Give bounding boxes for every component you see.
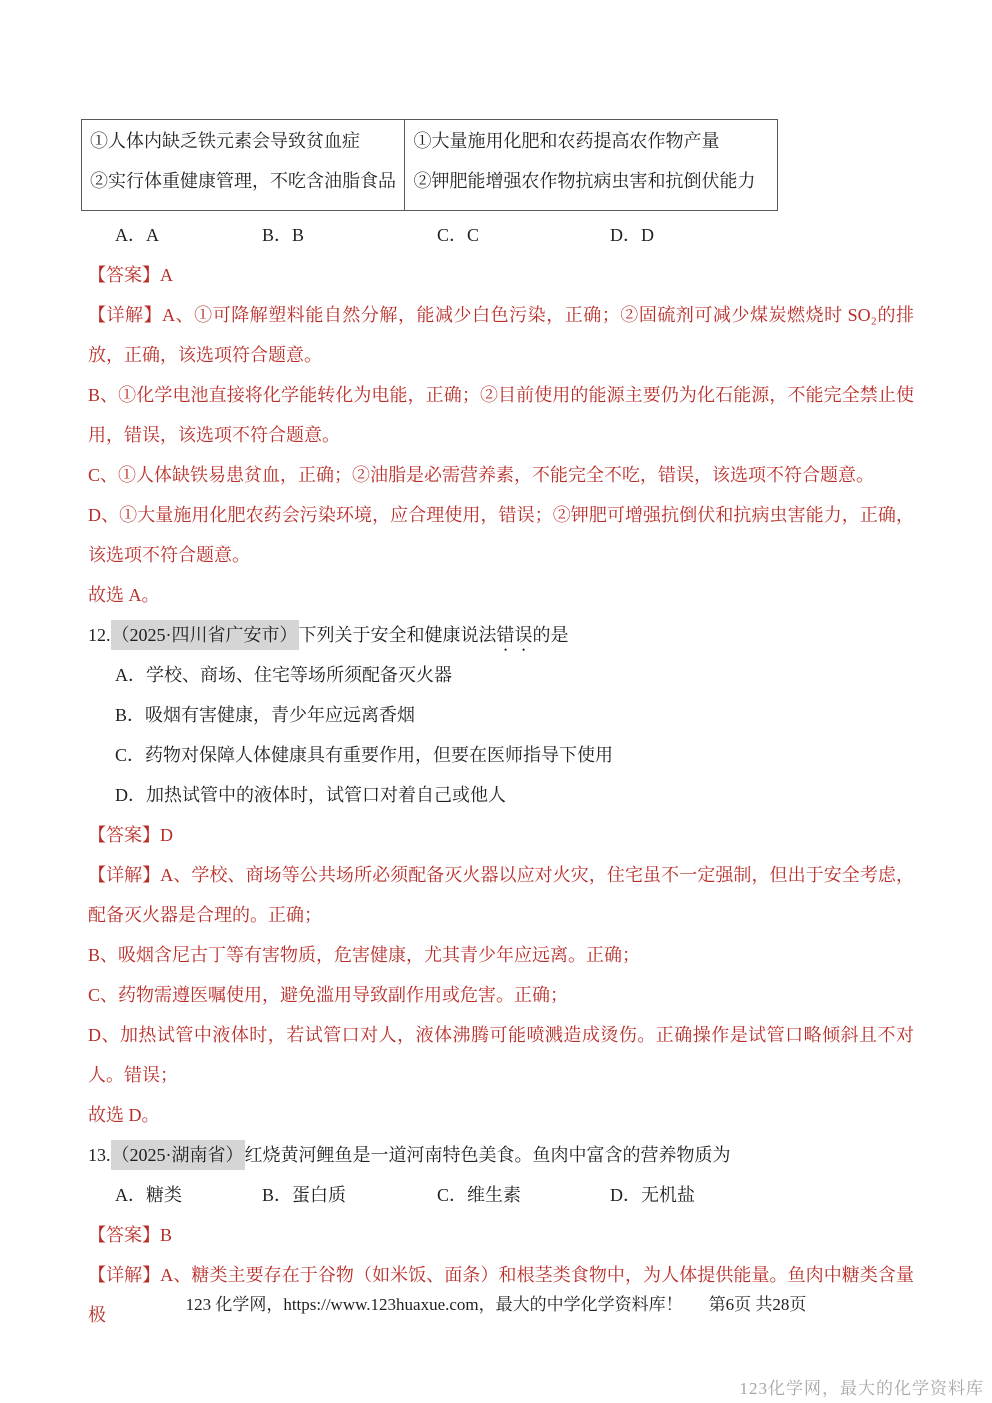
q12-number: 12. (88, 625, 111, 645)
q11-option-c: C．C (437, 215, 479, 255)
q13-option-b: B．蛋白质 (262, 1175, 346, 1215)
q13-answer: 【答案】B (88, 1215, 914, 1255)
q12-detail-paragraph: B、吸烟含尼古丁等有害物质，危害健康，尤其青少年应远离。正确； (88, 935, 914, 975)
statement-line: ②钾肥能增强农作物抗病虫害和抗倒伏能力 (413, 161, 769, 201)
q11-detail-paragraph: D、①大量施用化肥农药会污染环境，应合理使用，错误；②钾肥可增强抗倒伏和抗病虫害… (88, 495, 914, 575)
q11-option-a: A．A (115, 215, 159, 255)
q12-stem-post: 的是 (533, 625, 569, 645)
q12-stem: 12.（2025·四川省广安市）下列关于安全和健康说法错误的是 (88, 615, 914, 655)
page-footer: 123 化学网，https://www.123huaxue.com，最大的中学化… (0, 1292, 992, 1318)
q13-option-a: A．糖类 (115, 1175, 182, 1215)
q12-stem-emphasized: 错误 (497, 625, 533, 645)
q13-option-d: D．无机盐 (610, 1175, 695, 1215)
q12-detail-paragraph: 【详解】A、学校、商场等公共场所必须配备灭火器以应对火灾，住宅虽不一定强制，但出… (88, 855, 914, 935)
q12-conclusion: 故选 D。 (88, 1095, 914, 1135)
q11-option-b: B．B (262, 215, 304, 255)
q13-number: 13. (88, 1145, 111, 1165)
q13-source-tag: （2025·湖南省） (111, 1140, 245, 1170)
q12-source-tag: （2025·四川省广安市） (111, 620, 299, 650)
q11-answer: 【答案】A (88, 255, 914, 295)
q13-option-c: C．维生素 (437, 1175, 521, 1215)
watermark-text: 123化学网，最大的化学资料库 (740, 1374, 985, 1399)
statement-line: ②实行体重健康管理，不吃含油脂食品 (90, 161, 396, 201)
q12-detail-paragraph: D、加热试管中液体时，若试管口对人，液体沸腾可能喷溅造成烫伤。正确操作是试管口略… (88, 1015, 914, 1095)
statement-line: ①大量施用化肥和农药提高农作物产量 (413, 121, 769, 161)
q12-option-d: D．加热试管中的液体时，试管口对着自己或他人 (88, 775, 914, 815)
q11-detail-paragraph: C、①人体缺铁易患贫血，正确；②油脂是必需营养素，不能完全不吃，错误，该选项不符… (88, 455, 914, 495)
statement-line: ①人体内缺乏铁元素会导致贫血症 (90, 121, 396, 161)
q12-option-c: C．药物对保障人体健康具有重要作用，但要在医师指导下使用 (88, 735, 914, 775)
q12-detail-paragraph: C、药物需遵医嘱使用，避免滥用导致副作用或危害。正确； (88, 975, 914, 1015)
q11-option-d: D．D (610, 215, 654, 255)
footer-site-text: 123 化学网，https://www.123huaxue.com，最大的中学化… (186, 1295, 683, 1314)
q11-options-row: A．A B．B C．C D．D (88, 215, 914, 255)
q12-option-b: B．吸烟有害健康，青少年应远离香烟 (88, 695, 914, 735)
footer-page-number: 第6页 共28页 (709, 1295, 807, 1314)
q11-detail-paragraph: B、①化学电池直接将化学能转化为电能，正确；②目前使用的能源主要仍为化石能源，不… (88, 375, 914, 455)
q11-conclusion: 故选 A。 (88, 575, 914, 615)
q13-stem: 13.（2025·湖南省）红烧黄河鲤鱼是一道河南特色美食。鱼肉中富含的营养物质为 (88, 1135, 914, 1175)
q13-stem-text: 红烧黄河鲤鱼是一道河南特色美食。鱼肉中富含的营养物质为 (245, 1145, 731, 1165)
table-cell-right: ①大量施用化肥和农药提高农作物产量 ②钾肥能增强农作物抗病虫害和抗倒伏能力 (405, 120, 778, 211)
table-cell-left: ①人体内缺乏铁元素会导致贫血症 ②实行体重健康管理，不吃含油脂食品 (82, 120, 405, 211)
exam-page-content: ①人体内缺乏铁元素会导致贫血症 ②实行体重健康管理，不吃含油脂食品 ①大量施用化… (88, 119, 914, 1335)
q12-option-a: A．学校、商场、住宅等场所须配备灭火器 (88, 655, 914, 695)
statements-table: ①人体内缺乏铁元素会导致贫血症 ②实行体重健康管理，不吃含油脂食品 ①大量施用化… (81, 119, 778, 211)
q12-stem-pre: 下列关于安全和健康说法 (299, 625, 497, 645)
q11-detail-paragraph: 【详解】A、①可降解塑料能自然分解，能减少白色污染，正确；②固硫剂可减少煤炭燃烧… (88, 295, 914, 375)
q13-options-row: A．糖类 B．蛋白质 C．维生素 D．无机盐 (88, 1175, 914, 1215)
q12-answer: 【答案】D (88, 815, 914, 855)
